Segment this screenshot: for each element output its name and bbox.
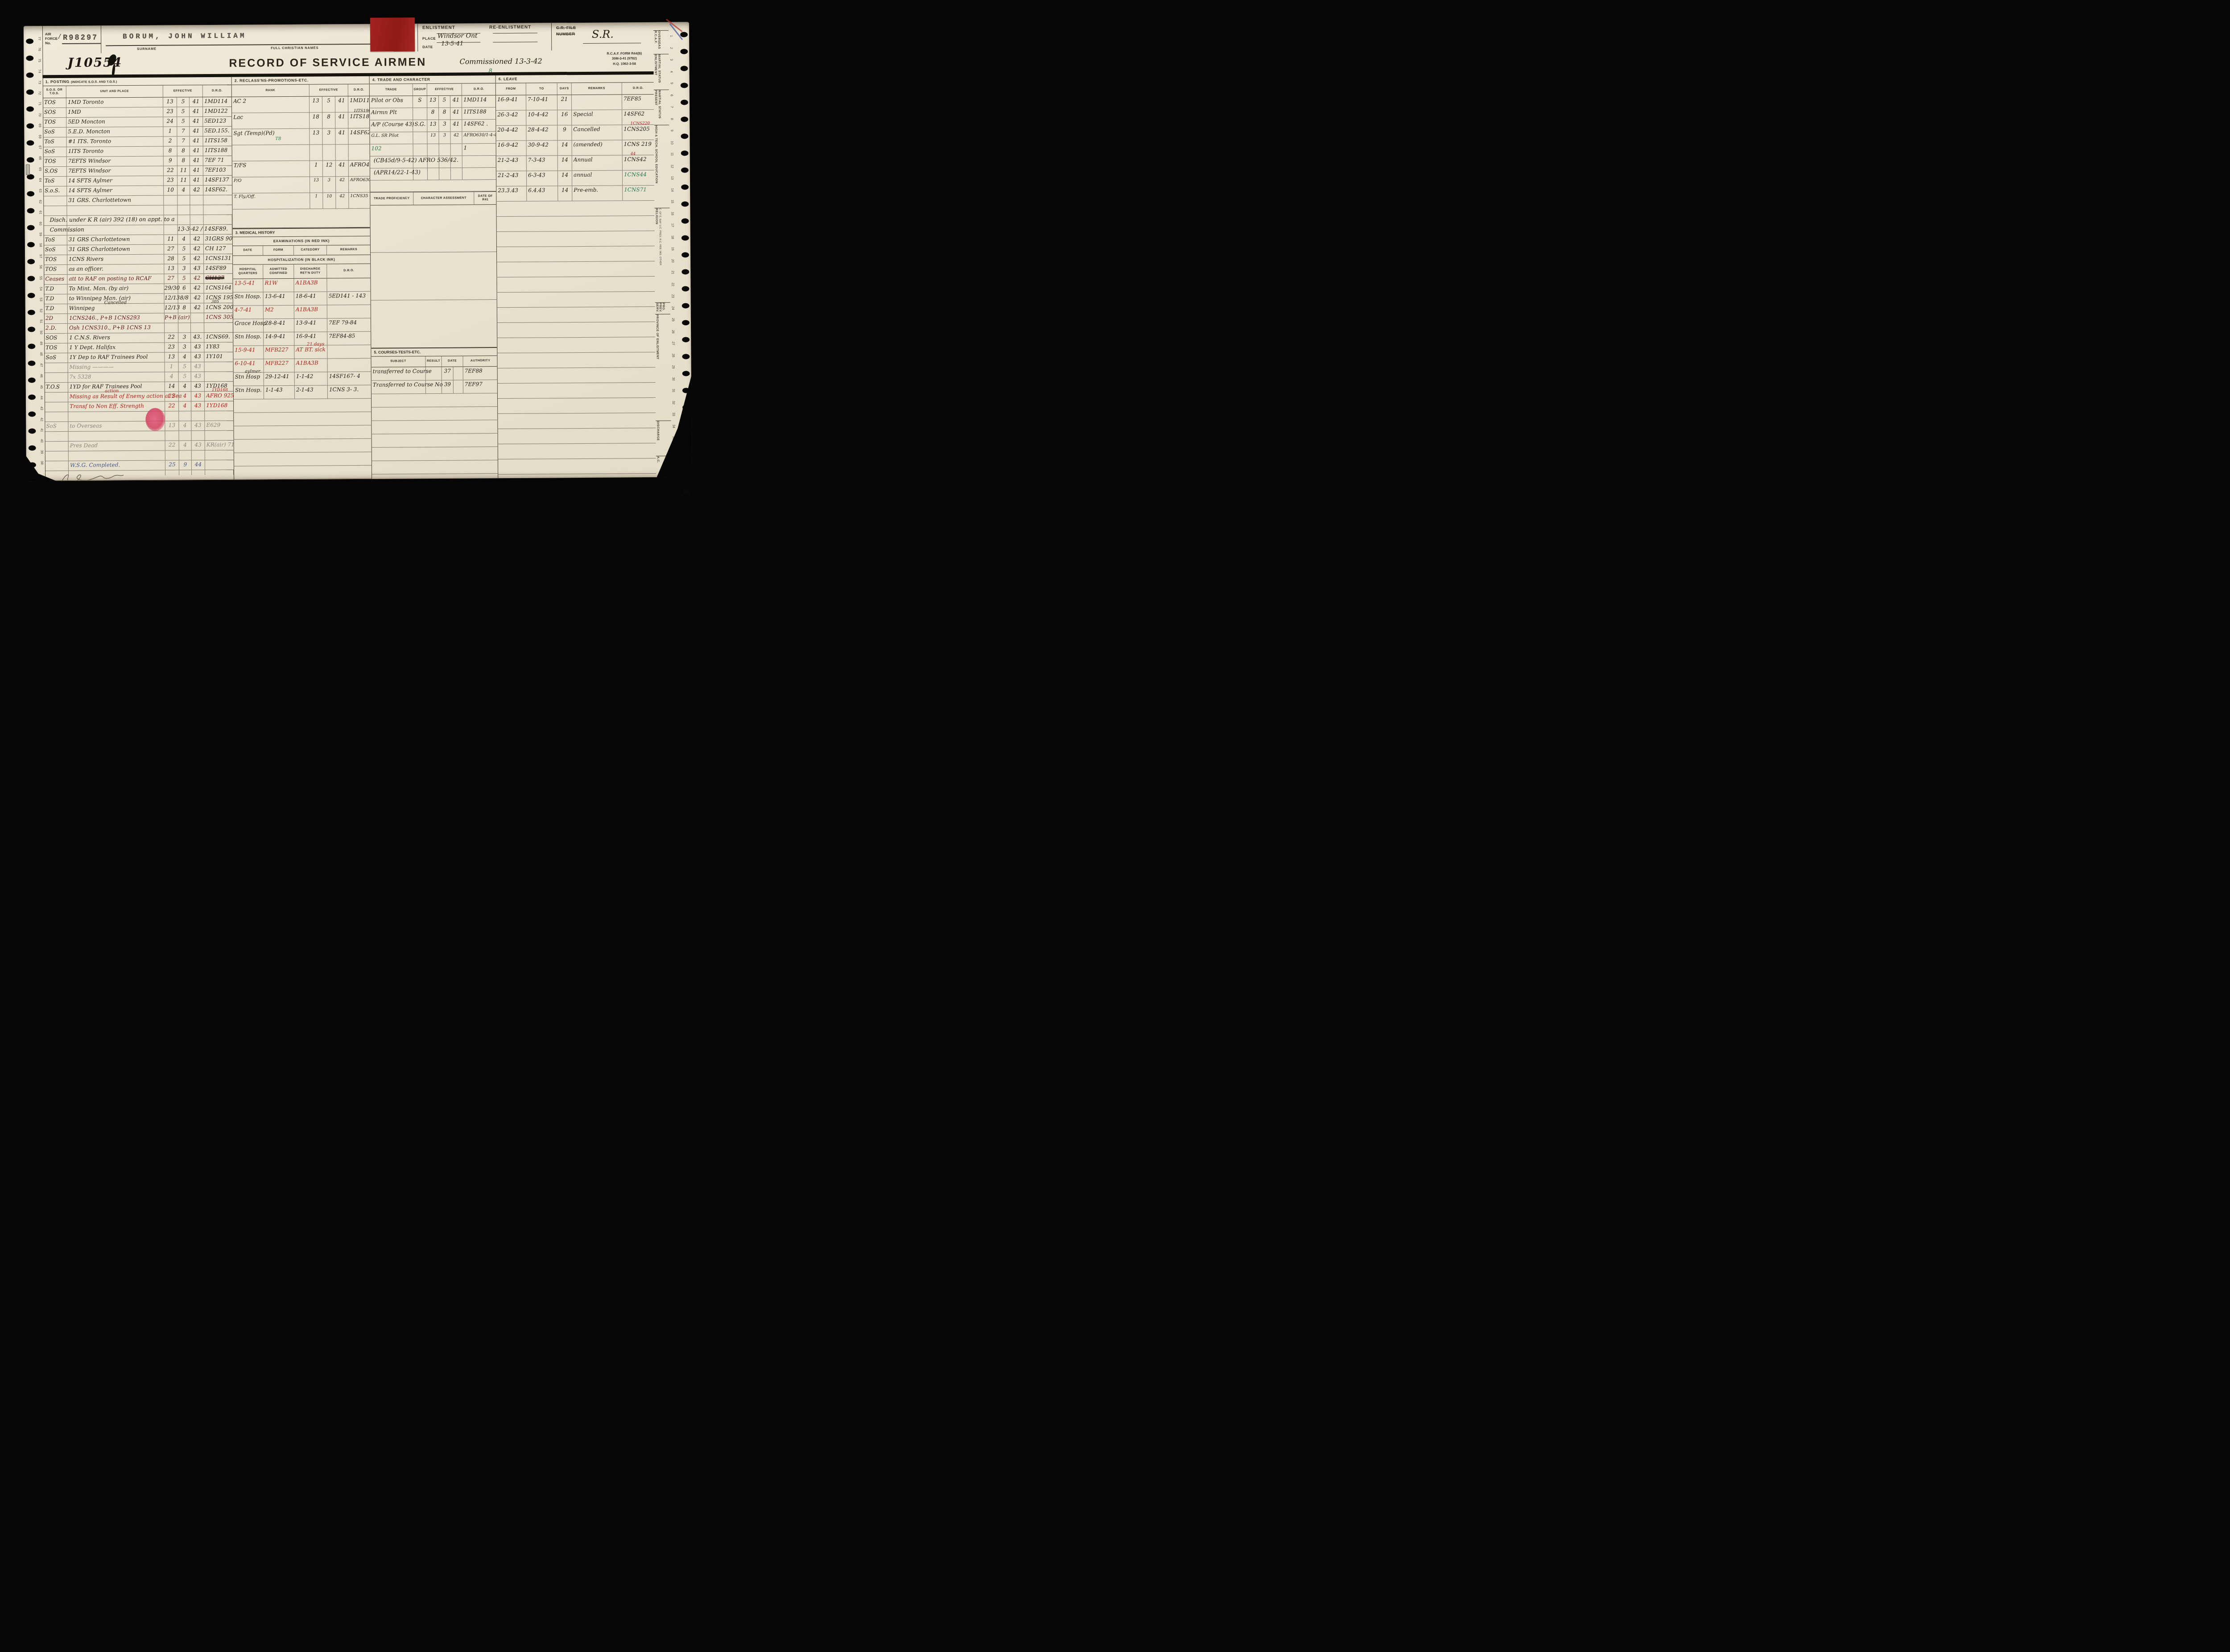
medical-dro xyxy=(327,345,371,359)
posting-row: SoSto Overseas13443E629 xyxy=(45,421,233,432)
posting-row: TOS1 Y Dept. Halifax233431Y83 xyxy=(44,343,233,354)
right-edge-number: 31 xyxy=(672,385,676,397)
posting-sos: TOS xyxy=(43,98,66,107)
posting-unit: Missing as Result of Enemy action at Sea… xyxy=(68,392,165,402)
punch-hole xyxy=(683,489,690,494)
posting-day: 13 xyxy=(164,264,178,273)
posting-row: TOS7EFTS Windsor98417EF 71 xyxy=(43,156,232,167)
medical-admitted: MFB227 xyxy=(264,346,294,359)
punch-hole xyxy=(27,225,35,230)
posting-year: 41 xyxy=(190,136,203,146)
right-edge-number: 34 xyxy=(672,420,676,432)
medical-admitted: 1-1-43 xyxy=(264,386,295,399)
medical-hospital: 13-5-41 xyxy=(233,279,263,292)
reclass-year: 42 xyxy=(336,177,349,192)
punch-hole xyxy=(681,218,689,223)
posting-month: 7 xyxy=(177,127,190,136)
punch-hole xyxy=(28,394,36,400)
right-edge-number: 12 xyxy=(670,160,674,172)
posting-dro: 1ITS158 xyxy=(203,136,231,146)
posting-day: 23 xyxy=(164,176,178,185)
medical-dro xyxy=(327,305,371,318)
posting-year xyxy=(191,411,205,421)
posting-month: 5 xyxy=(177,117,190,126)
blank-row xyxy=(497,246,655,262)
right-edge-number: 24 xyxy=(671,302,675,314)
posting-row: 2.D.Osh 1CNS310., P+B 1CNS 13 xyxy=(44,323,233,334)
posting-dro: 5ED123 xyxy=(203,117,231,126)
blank-row xyxy=(498,428,656,444)
posting-month: 8/8 xyxy=(178,293,191,303)
posting-unit: 7x 5328 xyxy=(68,372,165,382)
posting-unit: 1 Y Dept. Halifax xyxy=(68,343,165,353)
reclass-dro: 14SF62. xyxy=(348,128,370,144)
blank-row xyxy=(372,407,497,421)
posting-month xyxy=(178,195,190,205)
posting-dro: KR(air) 710 (3) xyxy=(205,441,234,450)
posting-day: 14 xyxy=(165,382,179,391)
right-strip-label: PRO. PREV. SERV. xyxy=(655,302,665,314)
posting-day: 13 xyxy=(163,97,177,107)
blank-row xyxy=(497,337,655,353)
medical-dro xyxy=(327,359,371,372)
trade-row: G.L. SR Pilot13342AFRO630/1-4-42 xyxy=(370,132,496,145)
posting-day xyxy=(165,411,179,421)
medical-row: Grace Hosp28-8-4113-9-417EF 79-84 xyxy=(233,318,371,333)
posting-month: 4 xyxy=(179,441,192,450)
posting-month xyxy=(179,411,191,421)
punch-hole xyxy=(27,191,34,196)
christian-names-label: FULL CHRISTIAN NAMES xyxy=(271,46,318,50)
punch-hole xyxy=(681,150,689,156)
red-stamp-mark xyxy=(145,408,165,431)
left-edge-number: 65 xyxy=(38,164,42,174)
posting-dro: 14SF89 xyxy=(204,264,232,273)
trade-month xyxy=(439,144,451,156)
leave-from: 26-3-42 xyxy=(496,111,526,125)
leave-remarks: Special xyxy=(572,110,622,125)
posting-column-headers: S.O.S. OR T.O.S. UNIT AND PLACE EFFECTIV… xyxy=(43,85,231,99)
leave-days: 14 xyxy=(558,171,572,186)
posting-year: 42 xyxy=(190,186,203,195)
posting-dro: E629 xyxy=(205,421,233,430)
reclass-row: Sgt (Temp)(Pd)T81334114SF62. xyxy=(232,128,369,145)
punch-hole xyxy=(681,269,689,274)
medical-dro: 5ED141 - 143 xyxy=(327,292,371,305)
left-edge-number: 74 xyxy=(37,66,41,76)
punch-hole xyxy=(681,252,689,257)
posting-day: 1 xyxy=(165,362,179,372)
blank-row xyxy=(498,383,656,399)
reclass-row: AC 2135411MD114 xyxy=(232,96,369,113)
left-edge-number: 38 xyxy=(40,458,44,468)
right-strip-label: DISCHARGE xyxy=(656,421,659,456)
left-edge-number: 59 xyxy=(39,229,43,240)
medical-row: 4-7-41M2A1BA3B xyxy=(233,305,371,319)
posting-sos xyxy=(45,461,69,471)
posting-row: ToS#1 ITS. Toronto27411ITS158 xyxy=(43,136,231,148)
posting-dro: 14SF62. xyxy=(203,186,232,195)
reclass-row xyxy=(232,145,370,161)
posting-month xyxy=(179,470,192,475)
posting-dro: 14SF137 xyxy=(203,176,232,185)
posting-dro: AFRO 925/431YD168 xyxy=(205,392,233,401)
posting-day: 22 xyxy=(165,392,179,401)
courses-authority: 7EF97 xyxy=(463,380,498,393)
posting-unit: Missing ———— xyxy=(68,363,165,372)
medical-exam-headers: DATE FORM CATEGORY REMARKS xyxy=(233,245,370,256)
posting-year xyxy=(190,215,203,224)
leave-column-headers: FROM TO DAYS REMARKS D.R.O. xyxy=(496,83,654,95)
right-strip-label: A.C. xyxy=(656,456,660,468)
posting-dro: 1CNS164 xyxy=(204,284,232,293)
posting-year: 43 xyxy=(192,441,205,450)
blank-row xyxy=(372,474,498,479)
posting-month: 9 xyxy=(179,460,192,470)
right-edge-number: 15 xyxy=(670,196,674,208)
posting-header-dro: D.R.O. xyxy=(203,85,231,97)
posting-month: 8 xyxy=(178,303,191,313)
posting-month: 5 xyxy=(178,254,190,264)
trade-trade: A/P (Course 43) xyxy=(370,120,413,132)
posting-row: 7x 53284543 xyxy=(45,372,233,383)
left-edge-number: 50 xyxy=(39,327,43,338)
reclass-month: 3 xyxy=(323,177,336,192)
medical-admitted: MFB227 xyxy=(264,359,294,372)
posting-year xyxy=(190,195,203,205)
left-edge-number: 49 xyxy=(39,338,43,348)
left-edge-number: 62 xyxy=(38,196,42,207)
medical-admitted: 28-8-41 xyxy=(264,319,294,332)
posting-day: 13 xyxy=(165,352,178,362)
right-edge-number: 16 xyxy=(670,207,674,219)
posting-row: TOS5ED Moncton245415ED123 xyxy=(43,117,231,128)
medical-row: Stn Hosp.1-1-432-1-431CNS 3- 3. xyxy=(234,385,371,400)
medical-header-category: CATEGORY xyxy=(294,245,327,255)
punch-hole xyxy=(681,83,688,88)
trade-month xyxy=(439,168,451,180)
posting-unit: 1MD Toronto xyxy=(66,98,163,107)
right-edge-number: 33 xyxy=(672,409,676,421)
posting-sos: SoS xyxy=(44,353,68,363)
posting-month xyxy=(178,313,191,322)
blank-row xyxy=(498,368,656,384)
punch-hole xyxy=(27,208,34,213)
posting-sos: T.D xyxy=(44,304,68,314)
leave-to: 10-4-42 xyxy=(526,110,557,125)
posting-dro: 1ITS188 xyxy=(203,146,232,156)
punch-hole xyxy=(26,106,34,112)
left-edge-number: 77 xyxy=(37,33,41,44)
posting-sos: ToS xyxy=(43,177,67,186)
left-edge-number: 45 xyxy=(40,381,44,392)
medical-rows: 13-5-41R1WA1BA3BStn Hosp.13-6-4118-6-415… xyxy=(233,278,372,480)
posting-row: ToS14 SFTS Aylmer23114114SF137 xyxy=(43,176,232,187)
courses-authority: 7EF88 xyxy=(463,367,498,380)
left-edge-number: 54 xyxy=(39,283,43,294)
medical-discharge: 18-6-41 xyxy=(294,292,327,305)
leave-days: 9 xyxy=(557,125,572,140)
blank-row xyxy=(497,231,655,247)
trade-day: 8 xyxy=(427,108,439,120)
right-strip-sublabels: C. OF E. BAP. U.C. PRES. R.C. HEB. MIS. … xyxy=(658,208,661,302)
trade-header-trade: TRADE xyxy=(370,84,413,96)
reclass-row: T/FS11241AFRO410 xyxy=(232,161,370,178)
blank-row xyxy=(497,292,655,308)
posting-month: 7 xyxy=(177,136,190,146)
trade-dro xyxy=(463,168,496,179)
medical-discharge: 1-1-42 xyxy=(295,372,328,385)
courses-header-authority: AUTHORITY xyxy=(463,356,497,366)
blank-row xyxy=(370,205,496,253)
posting-year: 43 xyxy=(191,421,205,430)
posting-sos: 2.D. xyxy=(44,324,68,333)
courses-date: 39 xyxy=(442,380,454,393)
trade-proficiency-label: TRADE PROFICIENCY xyxy=(370,192,413,205)
posting-sos xyxy=(43,206,67,215)
blank-row xyxy=(497,277,655,293)
left-edge-number: 41 xyxy=(40,425,44,435)
right-edge-number: 1 xyxy=(669,30,673,42)
cr-file-label-2: NUMBER xyxy=(556,32,575,36)
blank-row xyxy=(497,261,655,277)
reclass-header-dro: D.R.O. xyxy=(348,84,370,96)
left-edge-number: 64 xyxy=(38,174,42,185)
medical-admitted: 14-9-41 xyxy=(264,332,294,345)
date-of-r41-label: DATE OF R41 xyxy=(474,192,496,204)
posting-unit: Pres Dead xyxy=(69,441,165,451)
red-tape-patch xyxy=(370,17,415,52)
right-strip-group: HIGH & TECH. SCHOOL EDUCATION xyxy=(654,125,669,208)
trade-row: (CB45d/9-5-42) AFRO 536/42. xyxy=(370,156,496,169)
posting-month: 5 xyxy=(179,372,191,381)
posting-day xyxy=(164,205,178,215)
posting-day: 12/13 xyxy=(165,293,178,303)
posting-row: SOS1MD235411MD122 xyxy=(43,107,231,118)
right-strip-label: HIGH & TECH. SCHOOL EDUCATION xyxy=(654,125,658,208)
leave-row: 21-2-436-3-4314annual1CNS44 xyxy=(496,170,654,186)
trade-dro xyxy=(463,156,496,167)
posting-note: Commission xyxy=(50,226,84,233)
posting-unit xyxy=(67,206,164,215)
right-edge-number: 13 xyxy=(670,172,674,184)
medical-row: Stn Hosp.14-9-4116-9-417EF84-85 xyxy=(233,332,371,346)
punch-hole xyxy=(28,343,35,349)
trade-month: 5 xyxy=(439,96,450,107)
posting-month: 11 xyxy=(178,176,190,185)
medical-header-date: DATE xyxy=(233,246,263,255)
posting-sos: ToS xyxy=(44,235,67,245)
leave-dro: 1CNS4244 xyxy=(623,155,655,170)
posting-month: 3 xyxy=(178,343,191,352)
medical-discharge: A1BA3B xyxy=(294,278,327,291)
medical-admitted: M2 xyxy=(264,306,294,318)
posting-year: 42 xyxy=(190,284,204,293)
posting-dro: 1YD168 xyxy=(205,401,233,411)
trade-year xyxy=(451,144,463,156)
medical-discharge: 2-1-43 xyxy=(295,385,328,398)
punch-hole xyxy=(27,242,35,247)
medical-dro: 14SF167- 4 xyxy=(328,372,372,385)
posting-dro xyxy=(204,323,233,332)
posting-year: 41 xyxy=(190,127,203,136)
right-edge-number: 26 xyxy=(671,326,675,338)
left-edge-number: 52 xyxy=(39,305,43,316)
label: HOSPITAL xyxy=(240,268,256,272)
reclass-year xyxy=(336,145,349,160)
posting-row: T.DWinnipegCancelled12/138421CNS 200305 xyxy=(44,303,233,314)
posting-month: 5 xyxy=(178,244,190,254)
posting-row: Missing ————1543 xyxy=(45,362,233,373)
posting-day: 28 xyxy=(164,254,178,264)
posting-year xyxy=(191,431,205,440)
blank-row xyxy=(372,420,497,434)
leave-row: 20-4-4228-4-429Cancelled1CNS2051CNS220 xyxy=(496,125,654,141)
left-edge-number: 71 xyxy=(38,99,42,109)
leave-remarks xyxy=(572,95,622,110)
punch-hole xyxy=(28,293,35,298)
posting-dro: 1CNS 200305 xyxy=(204,303,233,313)
posting-month: 5 xyxy=(177,97,190,107)
leave-row: 23.3.436.4.4314Pre-emb.1CNS71 xyxy=(496,186,654,202)
left-edge-number: 55 xyxy=(39,273,43,283)
punch-hole xyxy=(682,371,690,376)
punch-hole xyxy=(681,184,689,190)
posting-sos xyxy=(45,363,68,372)
trade-group: S xyxy=(413,96,427,107)
posting-day xyxy=(165,450,179,460)
courses-header-subject: SUBJECT xyxy=(371,356,425,367)
medical-discharge: AT BT. sick21 days xyxy=(294,345,327,358)
reclass-row: Lac188411ITS1881ITS196 xyxy=(232,112,369,129)
date-label: DATE xyxy=(422,45,433,49)
posting-sos xyxy=(45,451,69,461)
leave-remarks: annual xyxy=(572,170,623,186)
reclass-rank: Sgt (Temp)(Pd)T8 xyxy=(232,129,310,145)
form-main: AIR FORCE No. / R98297 BORUM, JOHN WILLI… xyxy=(42,22,656,481)
medical-hospital: Stn Hosp. xyxy=(233,332,264,345)
reclass-day: 1 xyxy=(310,161,323,176)
punch-hole xyxy=(26,89,34,95)
reclass-month xyxy=(323,145,336,160)
re-enlistment-label: RE-ENLISTMENT xyxy=(489,25,531,30)
medical-row: Stn Hospaylmer.29-12-411-1-4214SF167- 4 xyxy=(234,372,371,386)
posting-month: 4 xyxy=(179,392,191,401)
right-strip-label: MARTIAL STATUS xyxy=(657,54,661,90)
courses-subject: transferred to Course xyxy=(372,367,426,380)
posting-year xyxy=(191,313,204,322)
posting-dro: 1CNS 305 xyxy=(204,313,233,322)
reclass-rank: T. Fly./Off. xyxy=(232,193,310,209)
posting-sos: Ceases xyxy=(44,275,67,284)
medical-header-hospital: HOSPITALQUARTERS xyxy=(233,264,263,278)
trade-day xyxy=(428,168,439,180)
posting-day: 23 xyxy=(163,107,177,116)
posting-year: 42 xyxy=(190,254,204,264)
posting-day xyxy=(165,470,179,475)
posting-year: 43 xyxy=(191,362,205,372)
courses-rows: transferred to Course37 7EF88Transferred… xyxy=(372,367,498,479)
posting-day: 4 xyxy=(165,372,179,381)
enlistment-date-value: 13-5-41 xyxy=(441,41,463,47)
posting-sos: SoS xyxy=(43,147,67,157)
posting-sos: SOS xyxy=(43,108,66,117)
leave-header-remarks: REMARKS xyxy=(572,83,622,95)
cr-file-cell: C.R. FILE NUMBER S.R. xyxy=(552,22,653,50)
reclass-day: 13 xyxy=(310,177,323,192)
posting-row: T.DTo Mint. Man. (by air)29/306421CNS164 xyxy=(44,284,232,295)
left-punch-strip: 7776757473727170696867666564636261605958… xyxy=(24,26,45,481)
left-edge-number: 56 xyxy=(39,262,43,273)
punch-hole xyxy=(681,99,688,105)
posting-dro-annotation: 305 xyxy=(211,299,219,305)
posting-day xyxy=(164,225,178,234)
punch-hole xyxy=(28,428,36,434)
leave-remarks: Pre-emb. xyxy=(572,186,623,201)
posting-month: 4 xyxy=(179,421,191,430)
leave-header-dro: D.R.O. xyxy=(622,83,654,94)
posting-row: SoS1Y Dep to RAF Trainees Pool134431Y101 xyxy=(44,352,233,363)
posting-sos: TOS xyxy=(44,265,67,274)
posting-year: 43. xyxy=(191,333,204,342)
blank-row xyxy=(371,252,497,301)
posting-sos xyxy=(45,402,68,412)
right-edge-number: 28 xyxy=(671,349,675,361)
reclass-rank: P/O xyxy=(232,177,310,193)
right-edge-number: 11 xyxy=(670,149,674,161)
place-label: PLACE xyxy=(422,37,436,41)
right-strip-group: PRESENTMARTIAL STATUS xyxy=(654,89,669,125)
leave-from: 23.3.43 xyxy=(496,186,527,201)
posting-row: SoS31 GRS Charlottetown27542CH 127 xyxy=(44,244,232,256)
posting-year: 41 xyxy=(190,156,203,165)
posting-dro: 1MD122 xyxy=(203,107,231,116)
courses-result xyxy=(426,367,442,380)
punch-hole xyxy=(681,235,689,240)
left-edge-number: 60 xyxy=(39,218,43,229)
posting-year: 43 xyxy=(190,264,204,273)
leave-from: 21-2-43 xyxy=(496,156,527,171)
medical-header-discharge: DISCHARGERET'N DUTY xyxy=(294,264,327,278)
medical-dro xyxy=(327,278,371,292)
trade-day: 13 xyxy=(427,132,439,144)
posting-month: 6 xyxy=(178,284,190,293)
reclass-year: 41 xyxy=(335,112,348,128)
right-edge-number: 17 xyxy=(671,219,675,231)
posting-year: 42 xyxy=(190,235,204,244)
blank-row xyxy=(498,443,656,459)
punch-hole xyxy=(28,326,35,332)
posting-year: 41 xyxy=(190,107,203,116)
medical-hospital: Stn Hospaylmer. xyxy=(234,372,264,385)
punch-hole xyxy=(680,66,688,71)
reclass-year: 42 xyxy=(336,193,349,208)
left-edge-number: 44 xyxy=(40,392,44,403)
reclass-rank: T/FS xyxy=(232,161,310,177)
posting-day: 23 xyxy=(165,343,178,352)
medical-hospital: 4-7-41 xyxy=(233,306,264,318)
reclass-day: 18 xyxy=(310,112,322,128)
leave-days: 16 xyxy=(557,110,572,125)
punch-hole xyxy=(27,276,35,281)
punch-hole xyxy=(29,445,36,450)
posting-unit: To Mint. Man. (by air) xyxy=(67,284,164,294)
right-edge-number: 21 xyxy=(671,267,675,279)
trade-header-dro: D.R.O. xyxy=(462,83,496,95)
medical-row: 13-5-41R1WA1BA3B xyxy=(233,278,370,293)
punch-hole xyxy=(682,354,690,359)
trade-dro: 1MD114 xyxy=(462,95,496,107)
